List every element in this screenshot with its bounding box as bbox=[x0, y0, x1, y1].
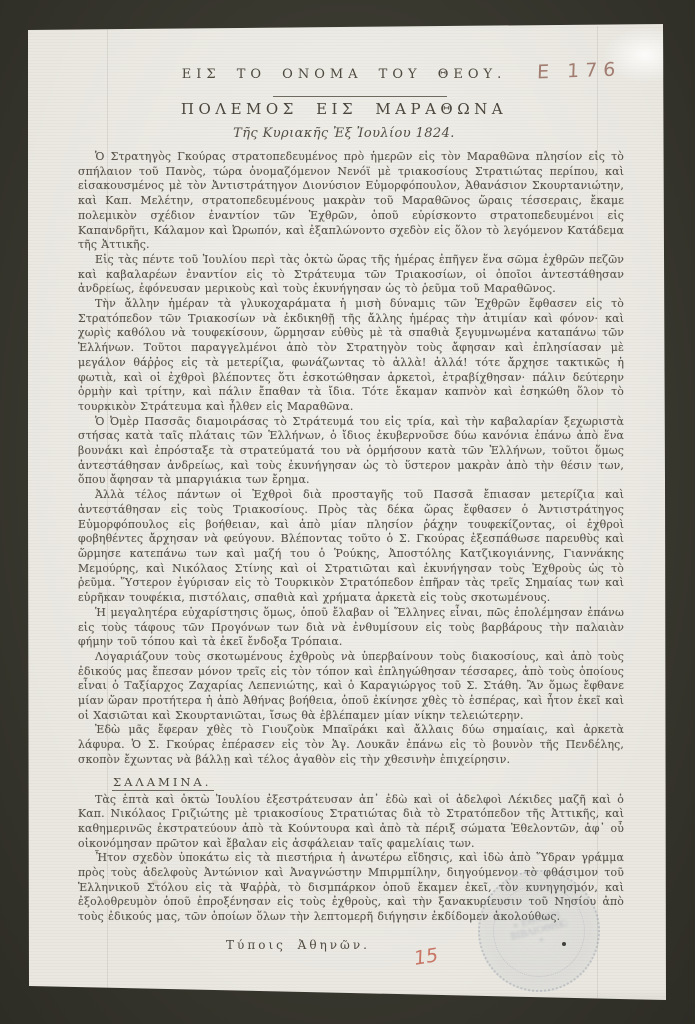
body-paragraph: Ἐδὼ μᾶς ἔφεραν χθὲς τὸ Γιουζοὺκ Μπαϊράκι… bbox=[78, 723, 624, 767]
page-number-handwritten: 15 bbox=[412, 944, 439, 970]
body-paragraph: Λογαριάζουν τοὺς σκοτωμένους ἐχθροὺς νὰ … bbox=[78, 650, 624, 724]
paper-sheet: ΕΙΣ ΤΟ ΟΝΟΜΑ ΤΟΥ ΘΕΟΥ. ΠΟΛΕΜΟΣ ΕΙΣ ΜΑΡΑΘ… bbox=[0, 0, 695, 1024]
title-rule bbox=[273, 96, 447, 97]
body-paragraph: Ὁ Στρατηγὸς Γκούρας στρατοπεδευμένος πρὸ… bbox=[78, 150, 624, 253]
paragraph-list: Ὁ Στρατηγὸς Γκούρας στρατοπεδευμένος πρὸ… bbox=[78, 150, 624, 768]
body-paragraph: Ὁ Ὀμὲρ Πασσᾶς διαμοιράσας τὸ Στράτευμά τ… bbox=[78, 415, 624, 489]
body-paragraph: Ἀλλὰ τέλος πάντων οἱ Ἐχθροὶ διὰ προσταγῆ… bbox=[78, 488, 624, 606]
document-title: ΠΟΛΕΜΟΣ ΕΙΣ ΜΑΡΑΘΩΝΑ bbox=[28, 100, 660, 118]
body-paragraph: Ἡ μεγαλητέρα εὐχαρίστησις ὅμως, ὁποῦ ἔλα… bbox=[78, 606, 624, 650]
body-paragraph: Τὰς ἑπτὰ καὶ ὀκτὼ Ἰουλίου ἐξεστράτευσαν … bbox=[78, 793, 624, 852]
section-heading-salamina: ΣΑΛΑΜΙΝΑ. bbox=[112, 775, 214, 791]
body-paragraph: Εἰς τὰς πέντε τοῦ Ἰουλίου περὶ τὰς ὀκτὼ … bbox=[78, 253, 624, 297]
section-heading-row: ΣΑΛΑΜΙΝΑ. bbox=[112, 771, 624, 791]
dateline: Τῆς Κυριακῆς Ἐξ Ἰουλίου 1824. bbox=[28, 126, 660, 141]
archival-mark-handwritten: Ε 176 bbox=[537, 59, 622, 84]
document-body: Ὁ Στρατηγὸς Γκούρας στρατοπεδευμένος πρὸ… bbox=[78, 150, 624, 952]
body-paragraph: Τὴν ἄλλην ἡμέραν τὰ γλυκοχαράματα ἡ μισὴ… bbox=[78, 297, 624, 415]
photo-mat: { "document": { "invocation": "ΕΙΣ ΤΟ ΟΝ… bbox=[0, 0, 695, 1024]
